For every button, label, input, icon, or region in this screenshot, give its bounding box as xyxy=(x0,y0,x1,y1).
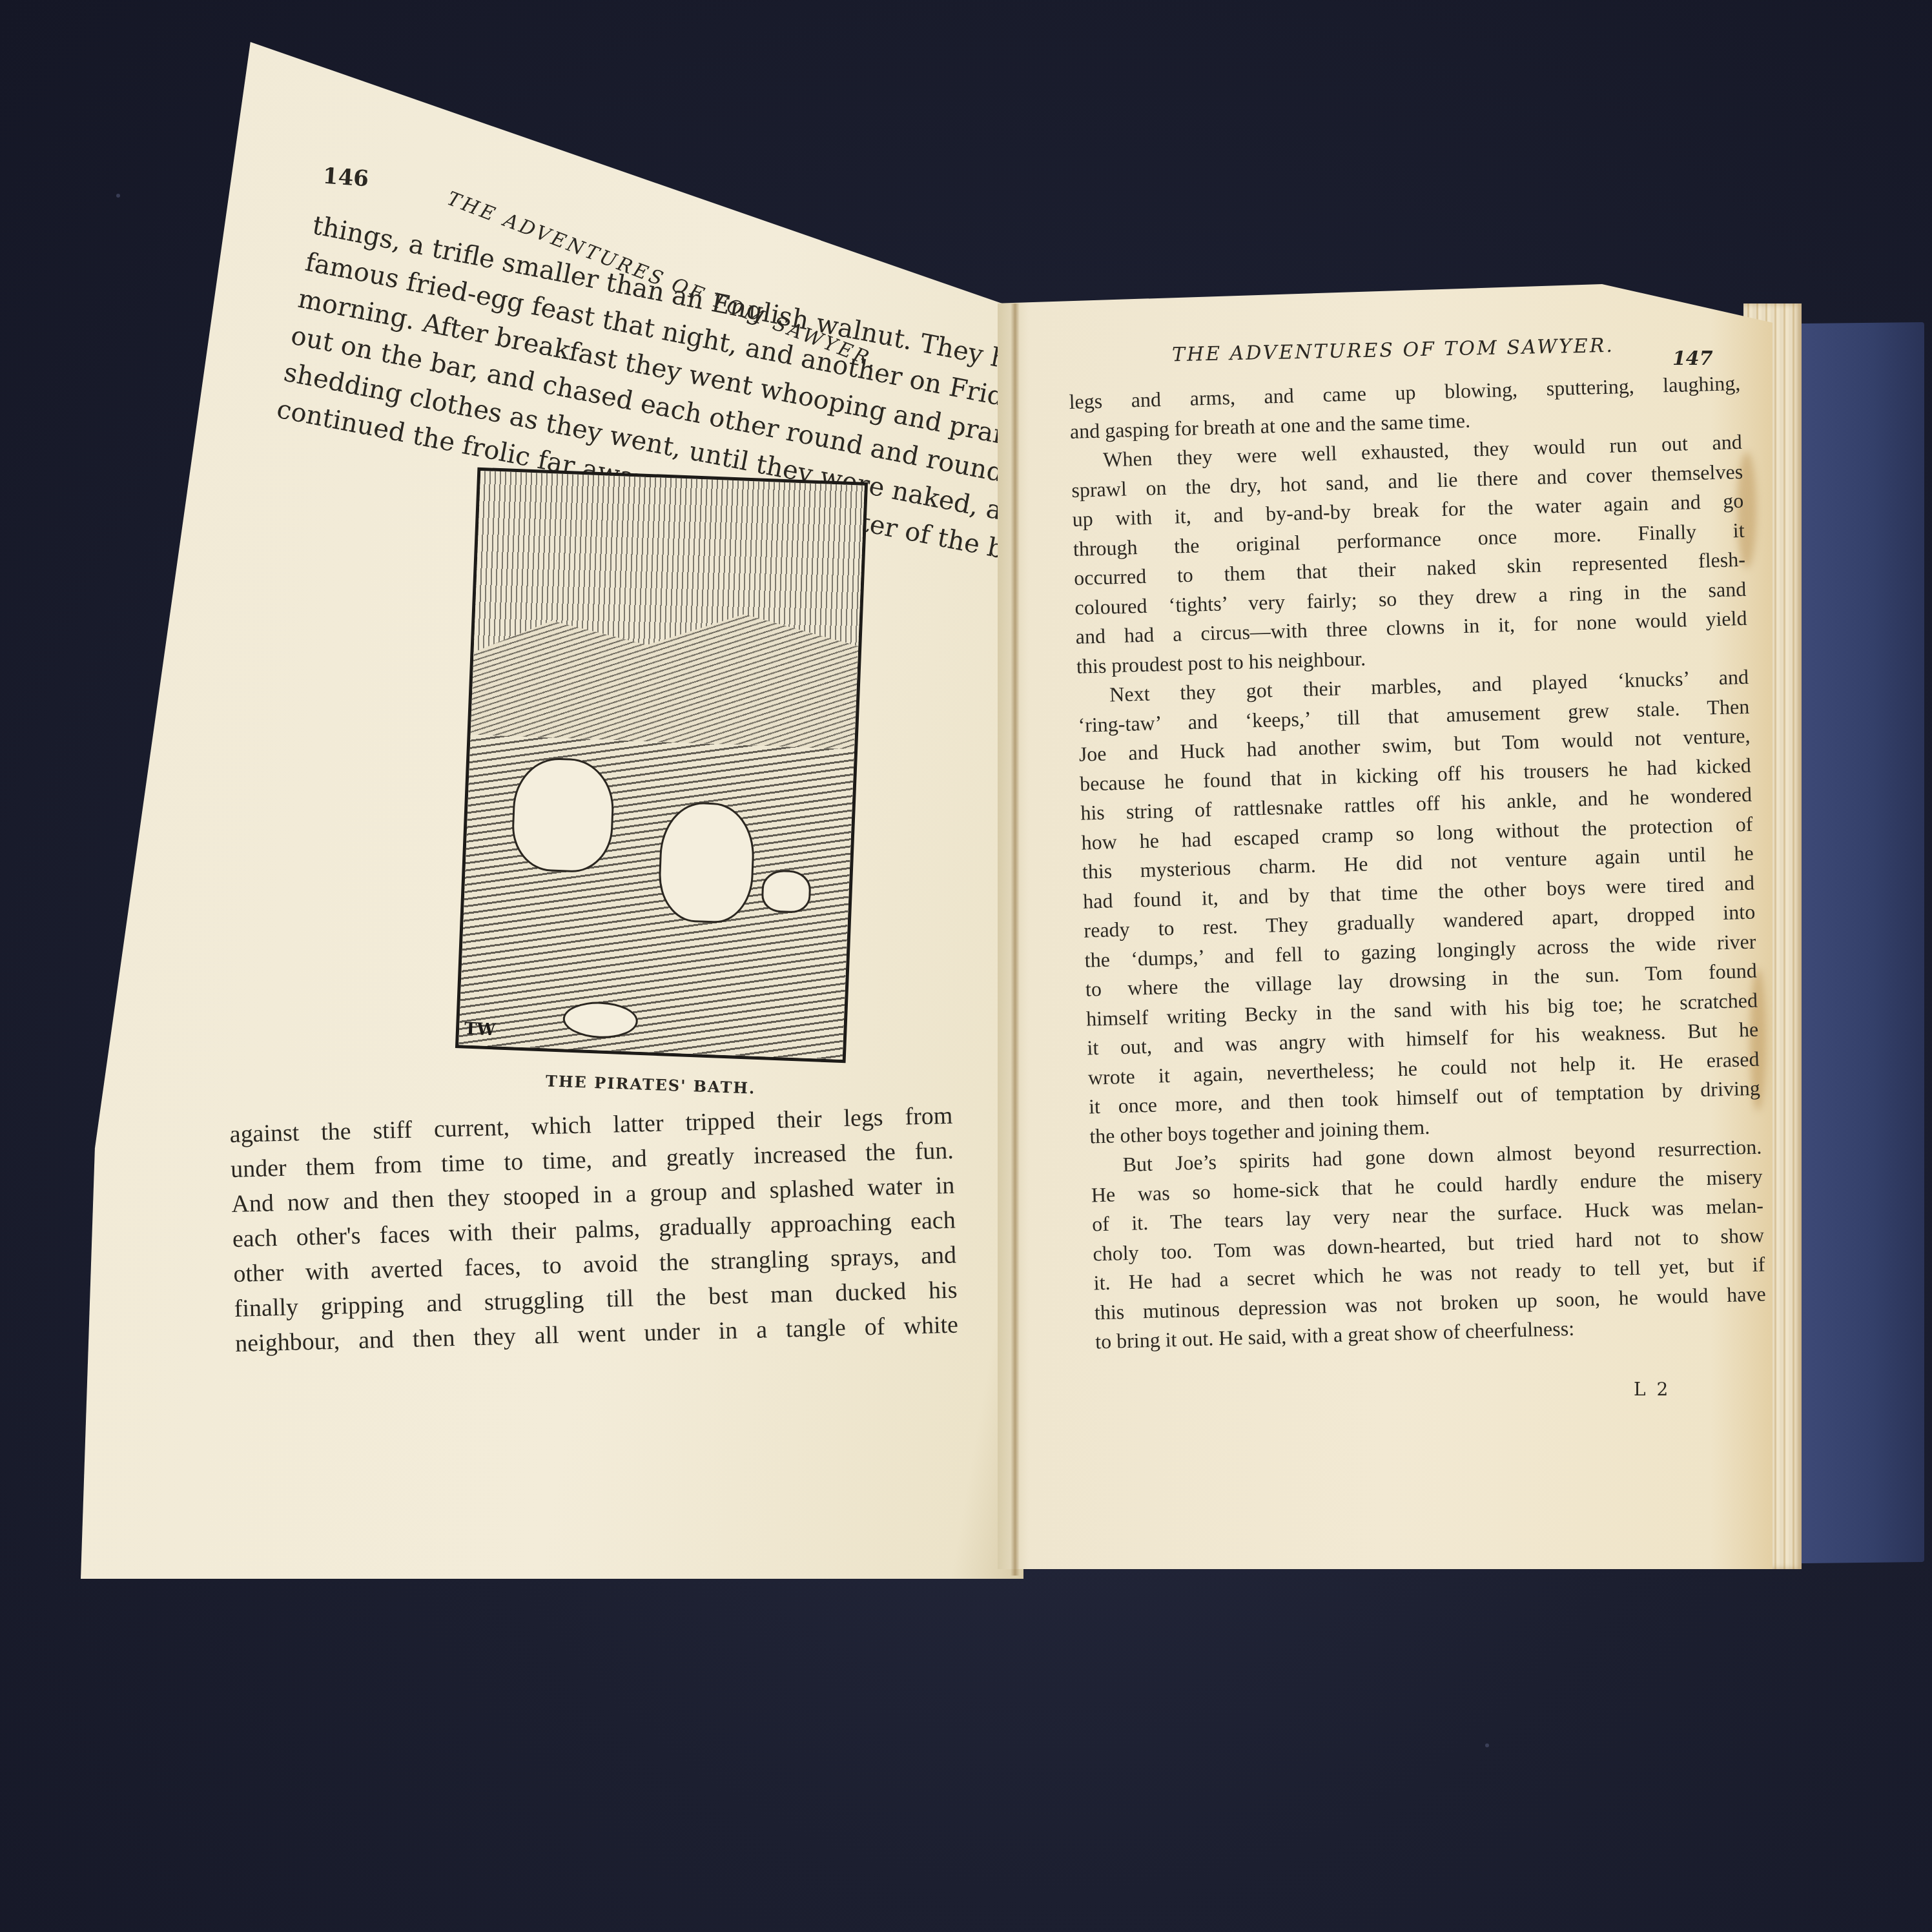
artist-monogram: TW xyxy=(464,1020,497,1040)
book-gutter xyxy=(1011,303,1020,1576)
book-cover-edge xyxy=(1795,322,1924,1563)
cloth-speck xyxy=(1485,1743,1489,1747)
cloth-speck xyxy=(116,194,120,198)
paragraph: When they were well exhausted, they woul… xyxy=(1071,427,1749,681)
page-number-right: 147 xyxy=(1672,347,1713,370)
swimmer-figure xyxy=(511,756,616,874)
right-page-body: legs and arms, and came up blowing, sput… xyxy=(1069,369,1767,1357)
paragraph: Next they got their marbles, and played … xyxy=(1077,663,1762,1151)
left-page-bottom-paragraph: against the stiff current, which latter … xyxy=(229,1098,959,1361)
engraving-swimmers-illustration-icon: TW xyxy=(455,468,868,1064)
swimmer-figure xyxy=(657,801,756,924)
paragraph: But Joe’s spirits had gone down almost b… xyxy=(1090,1133,1767,1357)
page-number-left: 146 xyxy=(322,163,370,192)
swimmer-figure xyxy=(761,869,811,914)
signature-mark: L 2 xyxy=(1634,1379,1670,1400)
